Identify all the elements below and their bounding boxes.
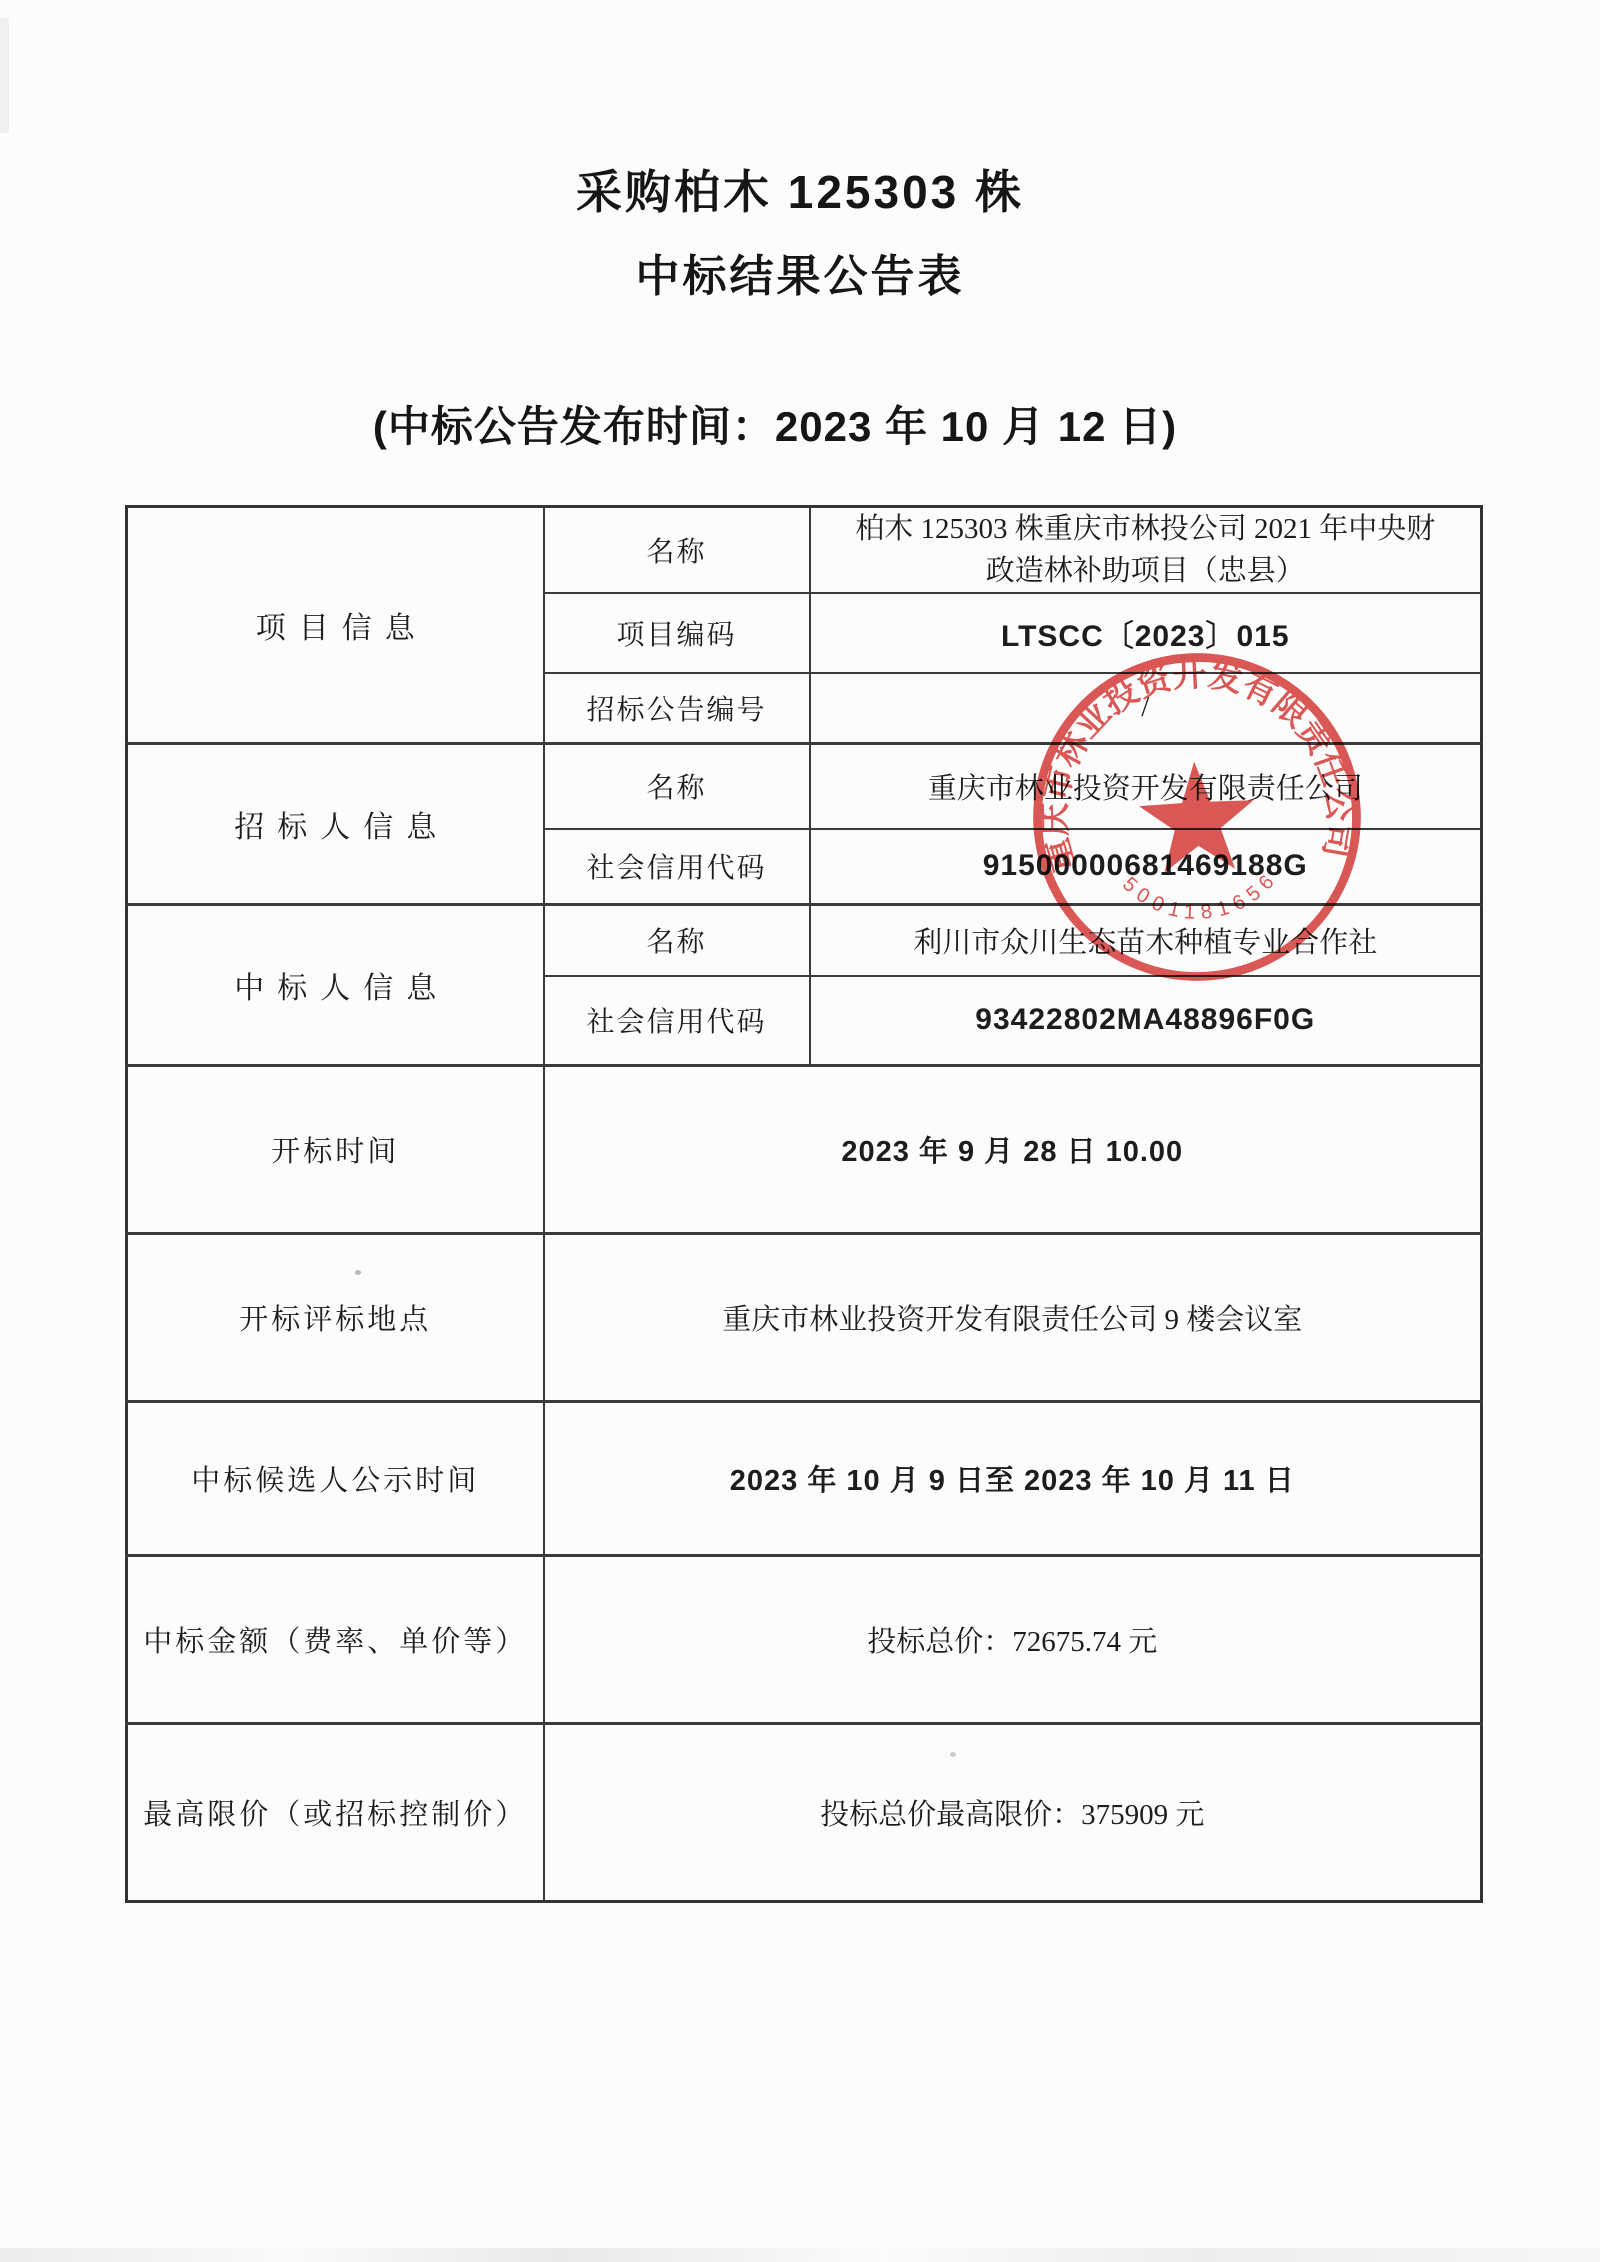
sub-label-credit-code: 社会信用代码 [544, 976, 810, 1065]
value-project-code: LTSCC〔2023〕015 [810, 593, 1482, 673]
scan-artifact [0, 2248, 1600, 2262]
table-row: 招标人信息 名称 重庆市林业投资开发有限责任公司 [127, 743, 1482, 829]
table-row: 中标候选人公示时间 2023 年 10 月 9 日至 2023 年 10 月 1… [127, 1401, 1482, 1555]
value-bid-opening-place: 重庆市林业投资开发有限责任公司 9 楼会议室 [544, 1233, 1482, 1401]
sub-label-name: 名称 [544, 507, 810, 594]
document-title-line1: 采购柏木 125303 株 [0, 156, 1600, 222]
label-winning-amount: 中标金额（费率、单价等） [127, 1555, 544, 1723]
value-winner-name: 利川市众川生态苗木种植专业合作社 [810, 904, 1482, 976]
sub-label-name: 名称 [544, 743, 810, 829]
label-candidate-publicity-period: 中标候选人公示时间 [127, 1401, 544, 1555]
sub-label-name: 名称 [544, 904, 810, 976]
sub-label-credit-code: 社会信用代码 [544, 829, 810, 904]
value-price-ceiling: 投标总价最高限价：375909 元 [544, 1723, 1482, 1901]
label-bid-opening-time: 开标时间 [127, 1065, 544, 1233]
value-bid-opening-time: 2023 年 9 月 28 日 10.00 [544, 1065, 1482, 1233]
group-label-winner-info: 中标人信息 [127, 904, 544, 1065]
table-row: 开标评标地点 重庆市林业投资开发有限责任公司 9 楼会议室 [127, 1233, 1482, 1401]
group-label-tenderer-info: 招标人信息 [127, 743, 544, 904]
table-row: 开标时间 2023 年 9 月 28 日 10.00 [127, 1065, 1482, 1233]
value-tenderer-name: 重庆市林业投资开发有限责任公司 [810, 743, 1482, 829]
value-candidate-publicity-period: 2023 年 10 月 9 日至 2023 年 10 月 11 日 [544, 1401, 1482, 1555]
group-label-project-info: 项目信息 [127, 507, 544, 744]
table-row: 中标人信息 名称 利川市众川生态苗木种植专业合作社 [127, 904, 1482, 976]
label-price-ceiling: 最高限价（或招标控制价） [127, 1723, 544, 1901]
value-tenderer-credit-code: 91500000681469188G [810, 829, 1482, 904]
sub-label-tender-notice-no: 招标公告编号 [544, 673, 810, 743]
document-title-line2: 中标结果公告表 [0, 240, 1600, 304]
scanned-document-page: 采购柏木 125303 株 中标结果公告表 (中标公告发布时间：2023 年 1… [0, 0, 1600, 2262]
value-tender-notice-no: / [810, 673, 1482, 743]
publish-date-line: (中标公告发布时间：2023 年 10 月 12 日) [0, 394, 1600, 454]
label-bid-opening-place: 开标评标地点 [127, 1233, 544, 1401]
sub-label-project-code: 项目编码 [544, 593, 810, 673]
value-project-name: 柏木 125303 株重庆市林投公司 2021 年中央财 政造林补助项目（忠县） [810, 507, 1482, 594]
table-row: 中标金额（费率、单价等） 投标总价：72675.74 元 [127, 1555, 1482, 1723]
scan-artifact [0, 18, 9, 133]
value-winning-amount: 投标总价：72675.74 元 [544, 1555, 1482, 1723]
value-winner-credit-code: 93422802MA48896F0G [810, 976, 1482, 1065]
bid-result-table: 项目信息 名称 柏木 125303 株重庆市林投公司 2021 年中央财 政造林… [125, 505, 1483, 1903]
table-row: 最高限价（或招标控制价） 投标总价最高限价：375909 元 [127, 1723, 1482, 1901]
table-row: 项目信息 名称 柏木 125303 株重庆市林投公司 2021 年中央财 政造林… [127, 507, 1482, 594]
